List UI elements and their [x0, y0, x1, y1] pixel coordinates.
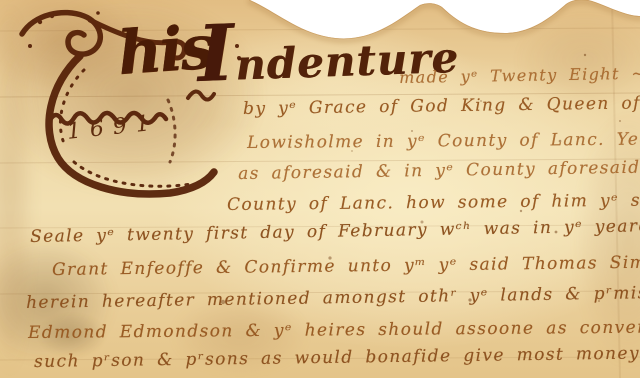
text-line-5: County of Lanc. how some of him yᵉ said …: [227, 192, 640, 214]
text-line-1: made yᵉ Twenty Eight ∼ day of: [399, 64, 640, 86]
manuscript-scan: his Indenture 1691 made yᵉ Twenty Eight …: [0, 0, 640, 378]
text-line-3: Lowisholme in yᵉ County of Lanc. Yeom: w: [247, 131, 640, 152]
